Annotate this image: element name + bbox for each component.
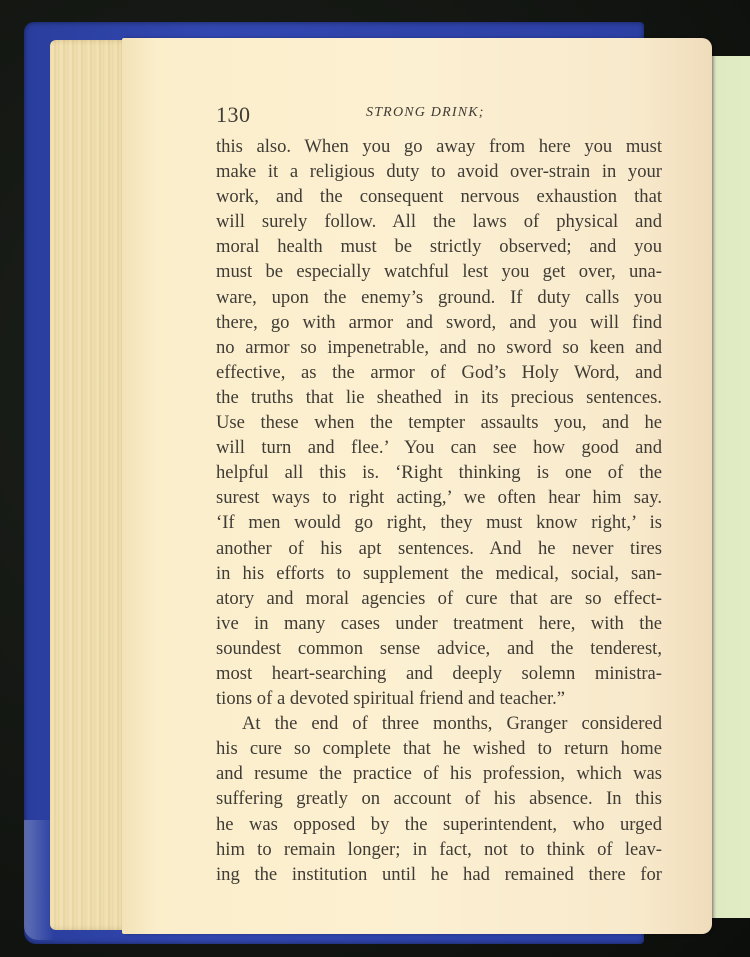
text-line: this also. When you go away from here yo… bbox=[216, 134, 662, 159]
text-line: another of his apt sentences. And he nev… bbox=[216, 536, 662, 561]
page-content: 130 STRONG DRINK; this also. When you go… bbox=[216, 100, 662, 887]
running-head: STRONG DRINK; bbox=[366, 105, 485, 121]
text-line: will surely follow. All the laws of phys… bbox=[216, 209, 662, 234]
text-line: ‘If men would go right, they must know r… bbox=[216, 510, 662, 535]
text-line: him to remain longer; in fact, not to th… bbox=[216, 837, 662, 862]
text-line: no armor so impenetrable, and no sword s… bbox=[216, 335, 662, 360]
text-line: will turn and flee.’ You can see how goo… bbox=[216, 435, 662, 460]
text-line: suffering greatly on account of his abse… bbox=[216, 786, 662, 811]
page-number: 130 bbox=[216, 102, 251, 128]
text-line: most heart-searching and deeply solemn m… bbox=[216, 661, 662, 686]
text-line: make it a religious duty to avoid over-s… bbox=[216, 159, 662, 184]
text-line: ware, upon the enemy’s ground. If duty c… bbox=[216, 285, 662, 310]
text-line: moral health must be strictly observed; … bbox=[216, 234, 662, 259]
text-line: Use these when the tempter assaults you,… bbox=[216, 410, 662, 435]
text-line: effective, as the armor of God’s Holy Wo… bbox=[216, 360, 662, 385]
text-line: his cure so complete that he wished to r… bbox=[216, 736, 662, 761]
text-line: he was opposed by the superintendent, wh… bbox=[216, 812, 662, 837]
paragraph-end-line: tions of a devoted spiritual friend and … bbox=[216, 686, 662, 711]
paragraph-start-line: At the end of three months, Granger cons… bbox=[216, 711, 662, 736]
page-edges-stack bbox=[50, 40, 130, 930]
text-line: there, go with armor and sword, and you … bbox=[216, 310, 662, 335]
text-line: work, and the consequent nervous exhaust… bbox=[216, 184, 662, 209]
text-line: helpful all this is. ‘Right thinking is … bbox=[216, 460, 662, 485]
text-line: and resume the practice of his professio… bbox=[216, 761, 662, 786]
text-line: atory and moral agencies of cure that ar… bbox=[216, 586, 662, 611]
page-header: 130 STRONG DRINK; bbox=[216, 100, 662, 134]
text-line: surest ways to right acting,’ we often h… bbox=[216, 485, 662, 510]
text-line: ive in many cases under treatment here, … bbox=[216, 611, 662, 636]
book-photo: 130 STRONG DRINK; this also. When you go… bbox=[0, 0, 750, 957]
body-text: this also. When you go away from here yo… bbox=[216, 134, 662, 887]
text-line: the truths that lie sheathed in its prec… bbox=[216, 385, 662, 410]
text-line: ing the institution until he had remaine… bbox=[216, 862, 662, 887]
next-page-edge bbox=[708, 56, 750, 918]
text-line: must be especially watchful lest you get… bbox=[216, 259, 662, 284]
text-line: in his efforts to supplement the medical… bbox=[216, 561, 662, 586]
text-line: soundest common sense advice, and the te… bbox=[216, 636, 662, 661]
